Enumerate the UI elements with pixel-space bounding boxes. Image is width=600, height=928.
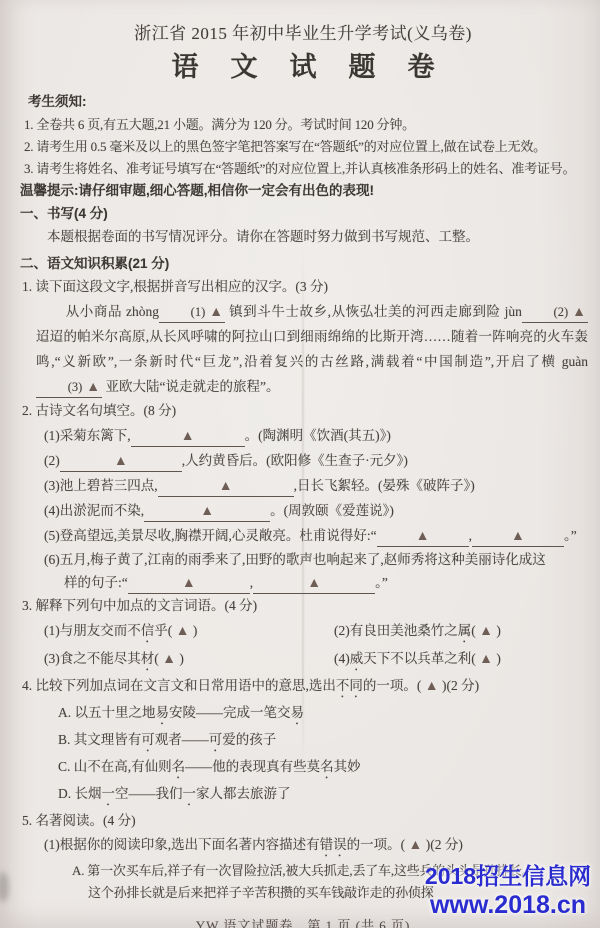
emphasized-word: 易 xyxy=(156,705,170,720)
q1-text-3: 迢迢的帕米尔高原,从长风呼啸的阿拉山口到细雨绵绵的比斯开湾……随着一阵响亮的火车… xyxy=(36,329,588,369)
answer-marker-icon: ▲ xyxy=(572,305,586,320)
q3-item-2: (2)有良田美池桑竹之属( ▲ ) xyxy=(334,618,586,646)
watermark-site-url: www.2018.cn xyxy=(418,890,598,920)
q1-passage: 从小商品 zhòng(1)▲ 镇到斗牛士故乡,从恢弘壮美的河西走廊到险 jùn(… xyxy=(36,299,588,399)
q3-row-2: (3)食之不能尽其材( ▲ ) (4)威天下不以兵革之利( ▲ ) xyxy=(44,646,586,674)
answer-marker-icon: ▲ xyxy=(479,624,493,639)
q1-text-1: 从小商品 zhòng xyxy=(66,304,159,319)
section-1-heading: 一、书写(4 分) xyxy=(20,202,586,225)
q2-item-5: (5)登高望远,美景尽收,胸襟开阔,心灵敞亮。杜甫说得好:“▲,▲。” xyxy=(44,523,586,548)
q1-text-4: 亚欧大陆“说走就走的旅程”。 xyxy=(102,379,279,394)
text-segment: 爱的孩子 xyxy=(222,732,276,747)
notice-item-3: 3. 请考生将姓名、准考证号填写在“答题纸”的对应位置上,并认真核准条形码上的姓… xyxy=(24,158,586,180)
q1-stem: 1. 读下面这段文字,根据拼音写出相应的汉字。(3 分) xyxy=(22,275,586,299)
q2-item-2: (2)▲,人约黄昏后。(欧阳修《生查子·元夕》) xyxy=(44,448,586,473)
q1-text-2: 镇到斗牛士故乡,从恢弘壮美的河西走廊到险 jùn xyxy=(225,304,522,319)
text-segment: 乎( xyxy=(154,623,175,638)
exam-title: 浙江省 2015 年初中毕业生升学考试(义乌卷) xyxy=(20,22,586,46)
notice-item-2: 2. 请考生用 0.5 毫米及以上的黑色签字笔把答案写在“答题纸”的对应位置上,… xyxy=(24,136,586,158)
blank-label: (3) xyxy=(68,380,83,394)
answer-marker-icon: ▲ xyxy=(511,529,525,544)
q4-option-d: D. 长烟一空——我们一家人都去旅游了 xyxy=(58,782,586,809)
q2-blank: ▲ xyxy=(158,479,294,497)
q4-option-a: A. 以五十里之地易安陵——完成一笔交易 xyxy=(58,701,586,728)
text-segment: ——他的表现真有些莫 xyxy=(185,759,320,774)
emphasized-word: 不 xyxy=(336,678,350,693)
q2-stem: 2. 古诗文名句填空。(8 分) xyxy=(22,399,586,423)
text-segment: ) xyxy=(176,651,184,666)
answer-marker-icon: ▲ xyxy=(176,624,190,639)
q2-blank: ▲ xyxy=(60,454,182,472)
text-segment: (1)根据你的阅读印象,选出下面名著内容描述有 xyxy=(44,837,320,852)
emphasized-word: 威 xyxy=(350,651,364,666)
answer-marker-icon: ▲ xyxy=(307,576,321,591)
emphasized-word: 同 xyxy=(349,678,363,693)
answer-marker-icon: ▲ xyxy=(162,652,176,667)
emphasized-word: 可 xyxy=(209,732,223,747)
emphasized-word: 错 xyxy=(320,837,334,852)
q1-blank-3: (3)▲ xyxy=(36,380,102,398)
q2-item-5-post: 。” xyxy=(564,528,577,543)
emphasized-word: 名 xyxy=(320,759,334,774)
text-segment: 的一项。( xyxy=(363,678,425,693)
q2-item-5-pre: (5)登高望远,美景尽收,胸襟开阔,心灵敞亮。杜甫说得好:“ xyxy=(44,528,377,543)
notice-item-1: 1. 全卷共 6 页,有五大题,21 小题。满分为 120 分。考试时间 120… xyxy=(24,114,586,136)
q2-item-1: (1)采菊东篱下,▲。(陶渊明《饮酒(其五)》) xyxy=(44,423,586,448)
q2-item-6-line1: (6)五月,梅子黄了,江南的雨季来了,田野的歌声也响起来了,赵师秀将这种美丽诗化… xyxy=(44,548,586,571)
answer-marker-icon: ▲ xyxy=(416,529,430,544)
emphasized-word: 名 xyxy=(172,759,186,774)
answer-marker-icon: ▲ xyxy=(200,504,214,519)
q2-blank: ▲ xyxy=(472,529,564,547)
text-segment: )(2 分) xyxy=(422,837,463,852)
text-segment: (4) xyxy=(334,651,350,666)
text-segment: D. 长烟 xyxy=(58,786,102,801)
emphasized-word: 可 xyxy=(141,732,155,747)
text-segment: (2)有良田美池桑竹之 xyxy=(334,623,458,638)
watermark-site-name: 2018招生信息网 xyxy=(418,862,598,890)
q2-item-3-post: ,日长飞絮轻。(晏殊《破阵子》) xyxy=(294,478,475,493)
text-segment: 观者—— xyxy=(155,732,209,747)
q3-item-1: (1)与朋友交而不信乎( ▲ ) xyxy=(44,618,334,646)
q3-item-3: (3)食之不能尽其材( ▲ ) xyxy=(44,646,334,674)
text-segment: 安陵——完成一笔交 xyxy=(169,705,291,720)
q2-item-1-post: 。(陶渊明《饮酒(其五)》) xyxy=(245,428,391,443)
emphasized-word: 材 xyxy=(141,651,155,666)
q2-item-2-post: ,人约黄昏后。(欧阳修《生查子·元夕》) xyxy=(182,453,408,468)
text-segment: C. 山不在高,有仙则 xyxy=(58,759,172,774)
exam-paper-page: 浙江省 2015 年初中毕业生升学考试(义乌卷) 语文试题卷 考生须知: 1. … xyxy=(0,0,600,928)
q2-item-3-pre: (3)池上碧苔三四点, xyxy=(44,478,158,493)
text-segment: 天下不以兵革之利( xyxy=(363,651,479,666)
text-segment: )(2 分) xyxy=(439,678,480,693)
text-segment: ) xyxy=(189,623,197,638)
text-segment: ( xyxy=(154,651,162,666)
q3-item-4: (4)威天下不以兵革之利( ▲ ) xyxy=(334,646,586,674)
watermark: 2018招生信息网 www.2018.cn xyxy=(418,862,598,920)
text-segment: 4. 比较下列加点词在文言文和日常用语中的意思,选出 xyxy=(22,678,336,693)
q5-stem: 5. 名著阅读。(4 分) xyxy=(22,809,586,833)
emphasized-word: 信 xyxy=(141,623,155,638)
q5-sub-1: (1)根据你的阅读印象,选出下面名著内容描述有错误的一项。( ▲ )(2 分) xyxy=(44,833,586,860)
text-segment: ) xyxy=(493,651,501,666)
text-segment: B. 其文理皆有 xyxy=(58,732,141,747)
q3-row-1: (1)与朋友交而不信乎( ▲ ) (2)有良田美池桑竹之属( ▲ ) xyxy=(44,618,586,646)
q2-item-4-post: 。(周敦颐《爱莲说》) xyxy=(270,503,394,518)
text-segment: 其妙 xyxy=(334,759,361,774)
q2-blank: ▲ xyxy=(131,429,245,447)
section-1-body: 本题根据卷面的书写情况评分。请你在答题时努力做到书写规范、工整。 xyxy=(20,225,586,248)
paper-title: 语文试题卷 xyxy=(20,50,586,84)
answer-marker-icon: ▲ xyxy=(425,679,439,694)
notice-tip: 温馨提示:请仔细审题,细心答题,相信你一定会有出色的表现! xyxy=(20,180,586,202)
q1-blank-2: (2)▲ xyxy=(522,305,588,323)
text-segment: ) xyxy=(493,623,501,638)
text-segment: 的一项。( xyxy=(347,837,409,852)
blank-label: (2) xyxy=(554,305,569,319)
answer-marker-icon: ▲ xyxy=(209,305,223,320)
q2-item-3: (3)池上碧苔三四点,▲,日长飞絮轻。(晏殊《破阵子》) xyxy=(44,473,586,498)
emphasized-word: 误 xyxy=(333,837,347,852)
answer-marker-icon: ▲ xyxy=(219,479,233,494)
text-segment: 家人都去旅游了 xyxy=(196,786,291,801)
q2-item-4-pre: (4)出淤泥而不染, xyxy=(44,503,144,518)
q1-blank-1: (1)▲ xyxy=(159,305,225,323)
blank-label: (1) xyxy=(191,305,206,319)
q2-item-4: (4)出淤泥而不染,▲。(周敦颐《爱莲说》) xyxy=(44,498,586,523)
emphasized-word: 一 xyxy=(183,786,197,801)
q2-blank: ▲ xyxy=(128,576,250,594)
emphasized-word: 一 xyxy=(102,786,116,801)
q4-option-c: C. 山不在高,有仙则名——他的表现真有些莫名其妙 xyxy=(58,755,586,782)
q4-stem: 4. 比较下列加点词在文言文和日常用语中的意思,选出不同的一项。( ▲ )(2 … xyxy=(22,674,586,701)
answer-marker-icon: ▲ xyxy=(181,429,195,444)
text-segment: (1)与朋友交而不 xyxy=(44,623,141,638)
text-segment: (3)食之不能尽其 xyxy=(44,651,141,666)
answer-marker-icon: ▲ xyxy=(114,454,128,469)
text-segment: ( xyxy=(471,623,479,638)
q2-item-6-pre: 样的句子:“ xyxy=(64,575,128,590)
q2-item-6-post: 。” xyxy=(375,575,388,590)
scan-smudge xyxy=(0,872,9,902)
scan-fold-crease xyxy=(302,250,304,770)
text-segment: A. 以五十里之地 xyxy=(58,705,156,720)
answer-marker-icon: ▲ xyxy=(479,652,493,667)
answer-marker-icon: ▲ xyxy=(86,380,100,395)
q2-blank: ▲ xyxy=(377,529,469,547)
q2-item-1-pre: (1)采菊东篱下, xyxy=(44,428,131,443)
answer-marker-icon: ▲ xyxy=(409,838,423,853)
emphasized-word: 属 xyxy=(458,623,472,638)
answer-marker-icon: ▲ xyxy=(182,576,196,591)
q2-blank: ▲ xyxy=(253,576,375,594)
text-segment: 空——我们 xyxy=(115,786,183,801)
q4-option-b: B. 其文理皆有可观者——可爱的孩子 xyxy=(58,728,586,755)
q2-item-2-pre: (2) xyxy=(44,453,60,468)
q2-item-6-line2: 样的句子:“▲,▲。” xyxy=(64,571,586,594)
notice-heading: 考生须知: xyxy=(28,90,586,114)
q2-blank: ▲ xyxy=(144,504,270,522)
q3-stem: 3. 解释下列句中加点的文言词语。(4 分) xyxy=(22,594,586,618)
